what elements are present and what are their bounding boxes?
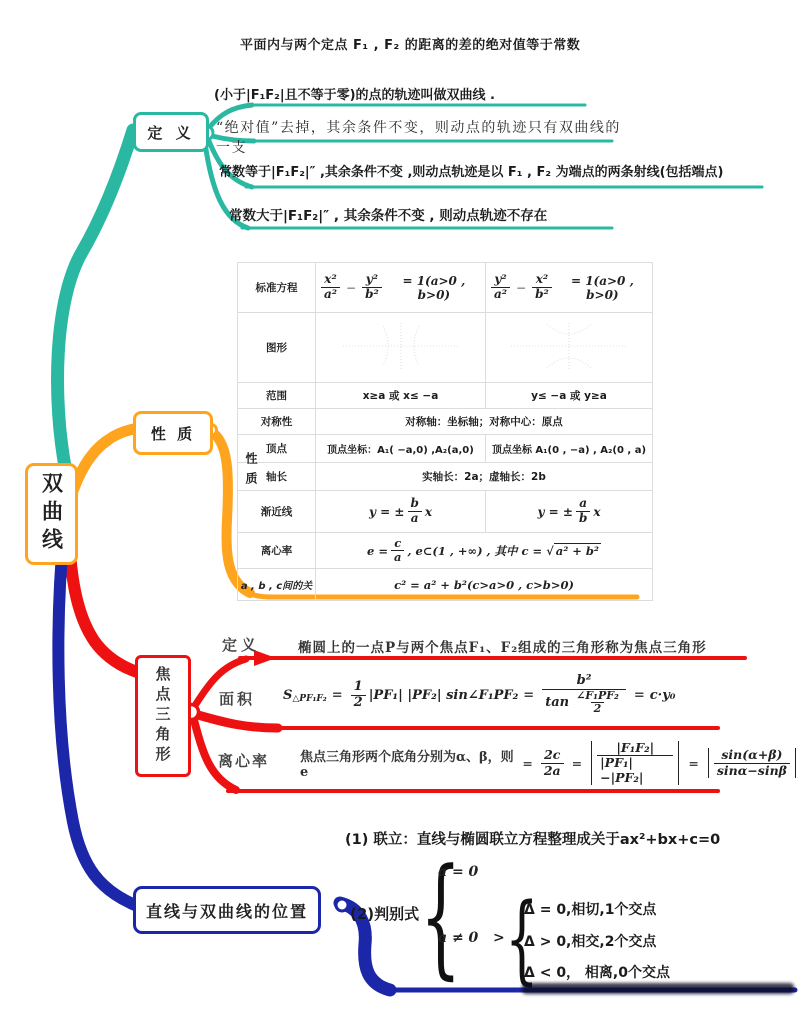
asymptote-1: y = ± ba x xyxy=(316,491,486,533)
focal-triangle-node[interactable]: 焦点三角形 xyxy=(135,655,191,777)
ecc-value: e = ca , e⊂(1 , +∞) , 其中 c = √ a² + b² xyxy=(316,533,653,569)
std-equation-1: x²a² − y²b² = 1(a>0 , b>0) xyxy=(316,263,486,313)
linepos-step2-label: (2)判别式 xyxy=(350,903,419,924)
row-label-graph: 图形 xyxy=(238,313,316,383)
linepos-step1[interactable]: (1) 联立：直线与椭圆联立方程整理成关于ax²+bx+c=0 xyxy=(345,828,720,849)
asymptote-2: y = ± ab x xyxy=(486,491,653,533)
discriminant-case-2: Δ > 0,相交,2个交点 xyxy=(524,931,656,951)
focal-ecc-formula[interactable]: 焦点三角形两个底角分别为α、β，则e = 2c2a = |F₁F₂||PF₁|−… xyxy=(300,740,800,786)
focal-area-formula[interactable]: S△PF₁F₂ = 12 |PF₁| |PF₂| sin∠F₁PF₂ = b² … xyxy=(283,666,675,724)
case-a-zero: a = 0 xyxy=(438,864,478,880)
row-label-abc: a , b , c间的关 xyxy=(238,569,316,601)
std-equation-2: y²a² − x²b² = 1(a>0 , b>0) xyxy=(486,263,653,313)
range-1: x≥a 或 x≤ −a xyxy=(316,383,486,409)
focal-area-label: 面积 xyxy=(219,688,255,709)
definition-item1-line2[interactable]: (小于|F₁F₂|且不等于零)的点的轨迹叫做双曲线 . xyxy=(214,84,495,103)
line-position-node[interactable]: 直线与双曲线的位置 xyxy=(133,886,321,934)
definition-item2[interactable]: “绝对值”去掉，其余条件不变，则动点的轨迹只有双曲线的一支 xyxy=(216,117,636,157)
definition-item1-line1[interactable]: 平面内与两个定点 F₁ , F₂ 的距离的差的绝对值等于常数 xyxy=(240,34,580,53)
abc-value: c² = a² + b²(c>a>0 , c>b>0) xyxy=(316,569,653,601)
focal-ecc-label: 离心率 xyxy=(218,750,269,771)
properties-side-label: 性质 xyxy=(243,452,260,492)
focal-def-label: 定义 xyxy=(222,634,260,655)
linepos-connector-dot[interactable] xyxy=(336,899,348,911)
symmetry-value: 对称轴：坐标轴；对称中心：原点 xyxy=(316,409,653,435)
vertex-2: 顶点坐标 A₁(0 , −a) , A₂(0 , a) xyxy=(486,435,653,463)
hyperbola-sketch-horizontal-icon xyxy=(331,318,471,374)
definition-item4[interactable]: 常数大于|F₁F₂|″ , 其余条件不变 , 则动点轨迹不存在 xyxy=(229,204,649,224)
properties-node[interactable]: 性 质 xyxy=(133,411,213,455)
row-label-asymptote: 渐近线 xyxy=(238,491,316,533)
hyperbola-sketch-vertical-icon xyxy=(499,318,639,374)
definition-node[interactable]: 定 义 xyxy=(133,112,209,152)
row-label-range: 范围 xyxy=(238,383,316,409)
definition-item3[interactable]: 常数等于|F₁F₂|″ ,其余条件不变 ,则动点轨迹是以 F₁ , F₂ 为端点… xyxy=(219,161,779,180)
graph-sketch-vertical xyxy=(486,313,653,383)
mindmap-canvas: 双曲线 平面内与两个定点 F₁ , F₂ 的距离的差的绝对值等于常数 (小于|F… xyxy=(0,0,800,1024)
discriminant-case-3: Δ < 0， 相离,0个交点 xyxy=(524,962,670,982)
root-node[interactable]: 双曲线 xyxy=(25,463,78,565)
vertex-1: 顶点坐标：A₁( −a,0) ,A₂(a,0) xyxy=(316,435,486,463)
focal-def-text[interactable]: 椭圆上的一点P与两个焦点F₁、F₂组成的三角形称为焦点三角形 xyxy=(298,636,707,656)
axislen-value: 实轴长：2a；虚轴长：2b xyxy=(316,463,653,491)
graph-sketch-horizontal xyxy=(316,313,486,383)
row-label-std: 标准方程 xyxy=(238,263,316,313)
implies-arrow: > xyxy=(493,930,505,946)
range-2: y≤ −a 或 y≥a xyxy=(486,383,653,409)
discriminant-case-1: Δ = 0,相切,1个交点 xyxy=(524,899,656,919)
row-label-ecc: 离心率 xyxy=(238,533,316,569)
case-a-nonzero: a ≠ 0 xyxy=(438,930,478,946)
bottom-smudge xyxy=(522,983,794,994)
row-label-symmetry: 对称性 xyxy=(238,409,316,435)
properties-table: 标准方程 x²a² − y²b² = 1(a>0 , b>0) y²a² − x… xyxy=(237,262,653,601)
